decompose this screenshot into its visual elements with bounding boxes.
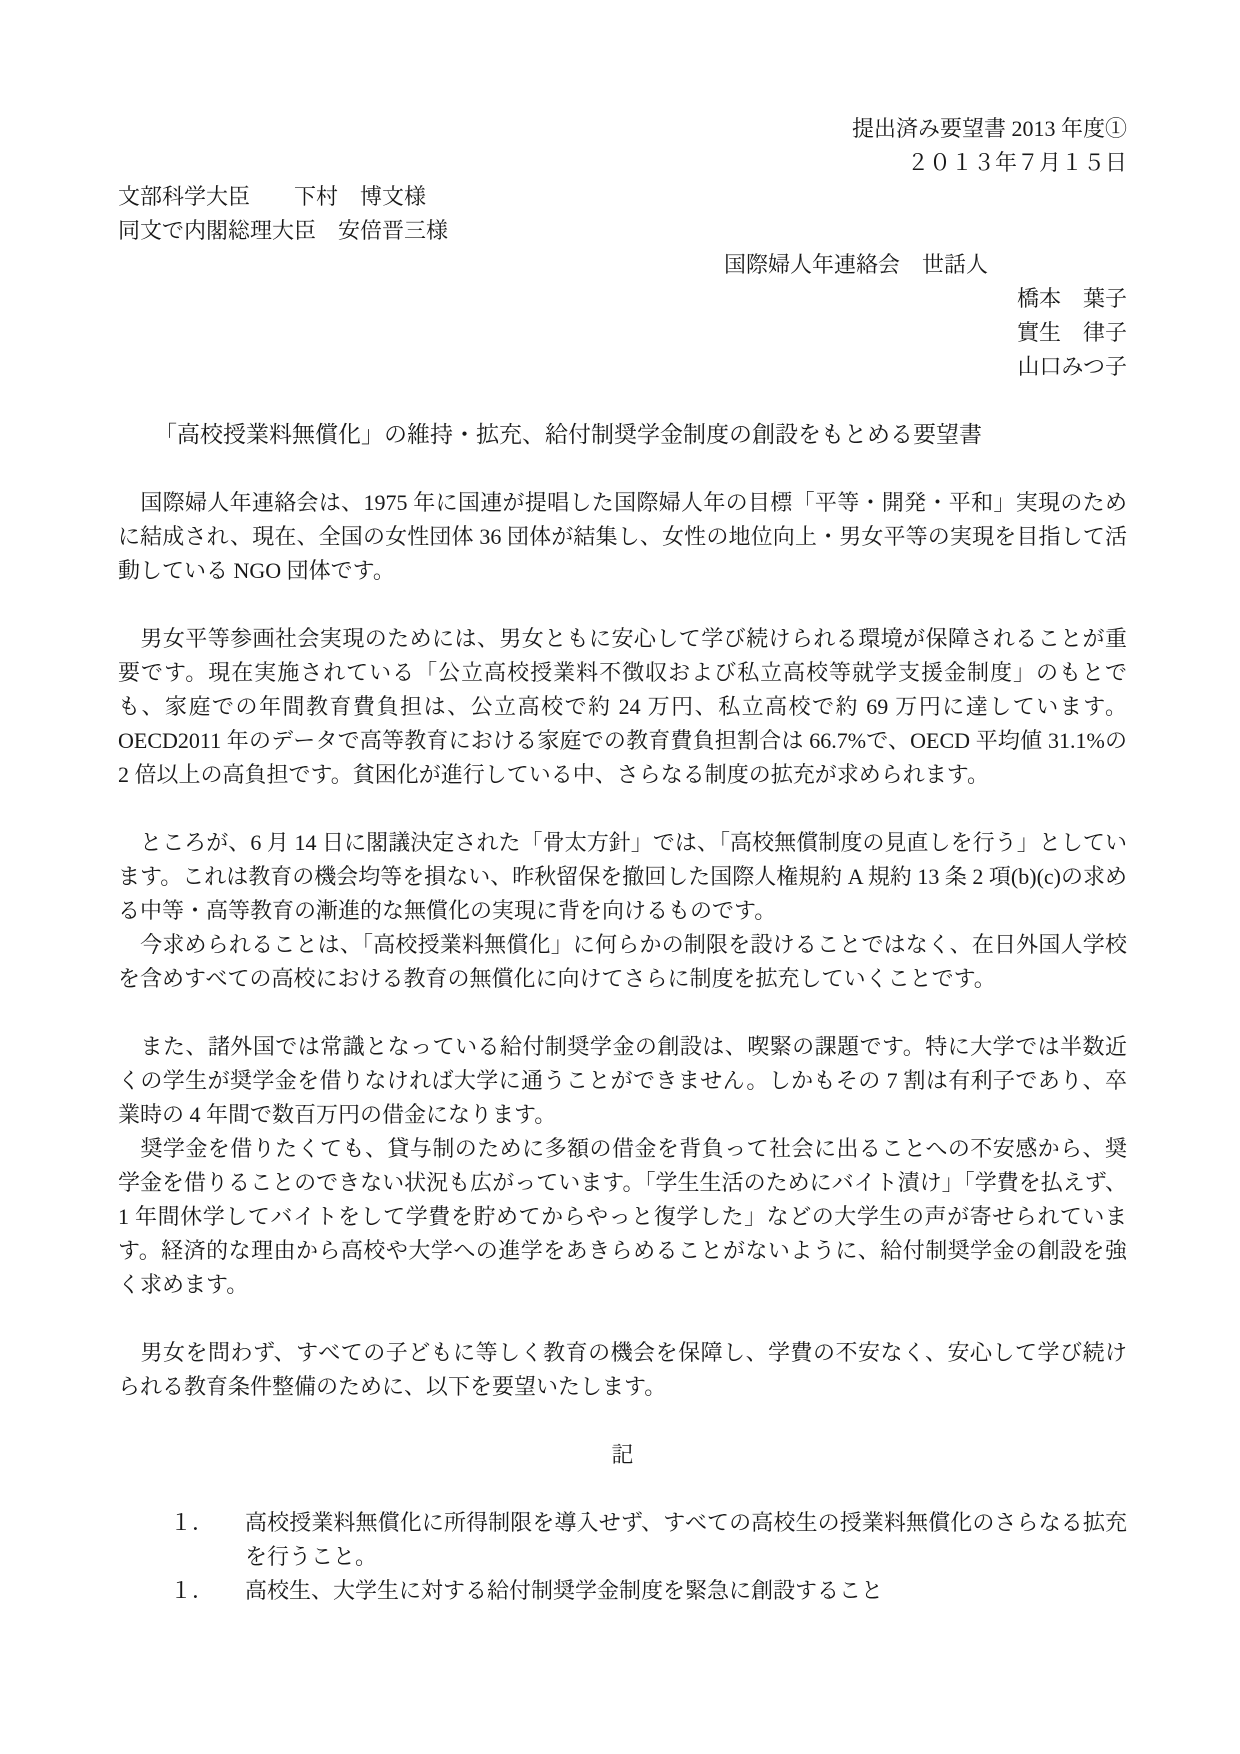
sender-name-2: 實生 律子 (118, 316, 1127, 350)
paragraph-2: 男女平等参画社会実現のためには、男女ともに安心して学び続けられる環境が保障される… (118, 622, 1127, 792)
paragraph-3: ところが、6 月 14 日に閣議決定された「骨太方針」では、「高校無償制度の見直… (118, 826, 1127, 928)
doc-date: ２０１３年７月１５日 (118, 146, 1127, 180)
paragraph-6: 奨学金を借りたくても、貸与制のために多額の借金を背負って社会に出ることへの不安感… (118, 1132, 1127, 1302)
paragraph-7: 男女を問わず、すべての子どもに等しく教育の機会を保障し、学費の不安なく、安心して… (118, 1336, 1127, 1404)
doc-ref-line: 提出済み要望書 2013 年度① (118, 112, 1127, 146)
list-item-text: 高校生、大学生に対する給付制奨学金制度を緊急に創設すること (245, 1574, 1127, 1608)
list-item: １． 高校授業料無償化に所得制限を導入せず、すべての高校生の授業料無償化のさらな… (170, 1506, 1127, 1574)
recipient-line-2: 同文で内閣総理大臣 安倍晋三様 (118, 214, 1127, 248)
document-title: 「高校授業料無償化」の維持・拡充、給付制奨学金制度の創設をもとめる要望書 (154, 418, 1127, 452)
list-item-number: １． (170, 1506, 245, 1574)
list-item-number: １． (170, 1574, 245, 1608)
list-item-text: 高校授業料無償化に所得制限を導入せず、すべての高校生の授業料無償化のさらなる拡充… (245, 1506, 1127, 1574)
ki-heading: 記 (118, 1438, 1127, 1472)
paragraph-4: 今求められることは、「高校授業料無償化」に何らかの制限を設けることではなく、在日… (118, 928, 1127, 996)
paragraph-5: また、諸外国では常識となっている給付制奨学金の創設は、喫緊の課題です。特に大学で… (118, 1030, 1127, 1132)
sender-names: 橋本 葉子 實生 律子 山口みつ子 (118, 282, 1127, 384)
sender-organization: 国際婦人年連絡会 世話人 (118, 248, 1127, 282)
sender-name-3: 山口みつ子 (118, 350, 1127, 384)
document-page: 提出済み要望書 2013 年度① ２０１３年７月１５日 文部科学大臣 下村 博文… (0, 0, 1240, 1754)
recipient-line-1: 文部科学大臣 下村 博文様 (118, 180, 1127, 214)
paragraph-1: 国際婦人年連絡会は、1975 年に国連が提唱した国際婦人年の目標「平等・開発・平… (118, 486, 1127, 588)
request-items: １． 高校授業料無償化に所得制限を導入せず、すべての高校生の授業料無償化のさらな… (170, 1506, 1127, 1608)
list-item: １． 高校生、大学生に対する給付制奨学金制度を緊急に創設すること (170, 1574, 1127, 1608)
sender-name-1: 橋本 葉子 (118, 282, 1127, 316)
